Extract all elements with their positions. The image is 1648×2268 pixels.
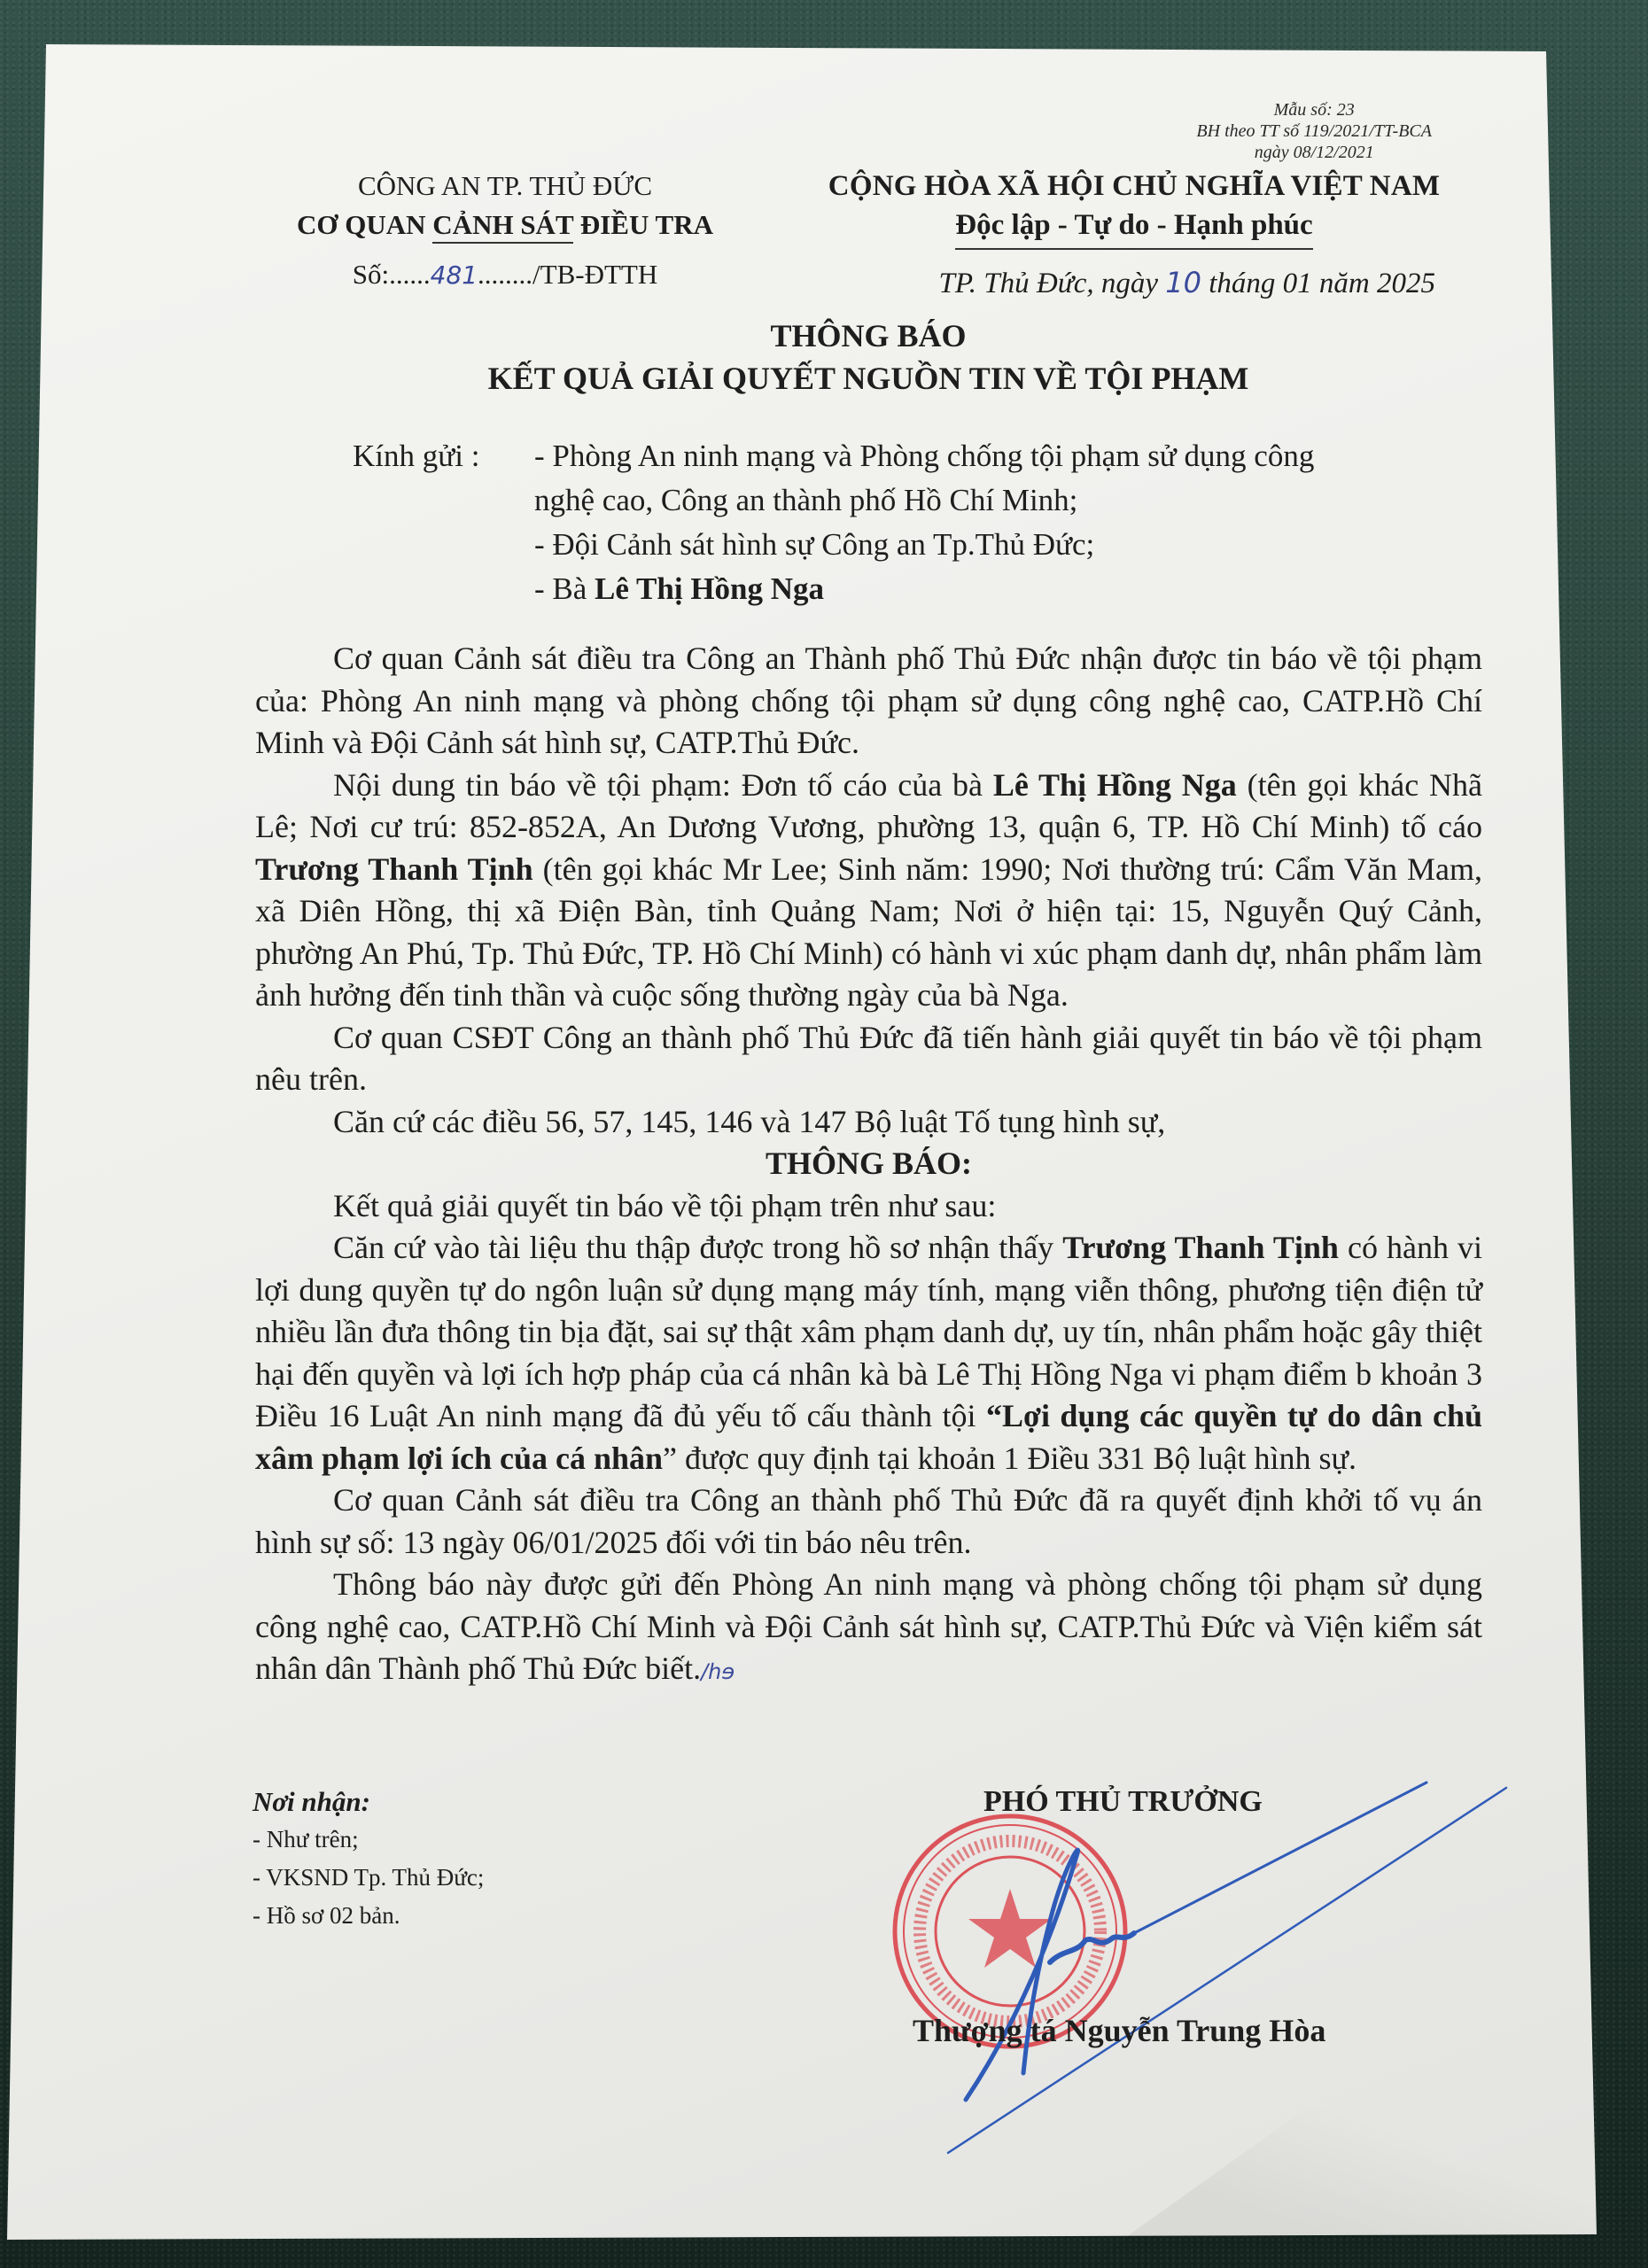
paragraph-report-content: Nội dung tin báo về tội phạm: Đơn tố cáo… [255,765,1482,1017]
issuer-line-2: CƠ QUAN CẢNH SÁT ĐIỀU TRA [248,206,762,245]
accused-name: Trương Thanh Tịnh [1062,1230,1339,1265]
number-dots: ...... [389,259,431,290]
handwritten-initials: /ℎɘ [701,1659,735,1684]
recipient-item: - Phòng An ninh mạng và Phòng chống tội … [534,434,1456,478]
number-label: Số: [353,259,389,290]
paragraph-processing: Cơ quan CSĐT Công an thành phố Thủ Đức đ… [255,1017,1482,1101]
document-title: THÔNG BÁO KẾT QUẢ GIẢI QUYẾT NGUỒN TIN V… [337,315,1400,400]
national-title: CỘNG HÒA XÃ HỘI CHỦ NGHĨA VIỆT NAM [797,167,1471,206]
recipient-item: - Đội Cảnh sát hình sự Công an Tp.Thủ Đứ… [534,523,1456,567]
paragraph-distribution: Thông báo này được gửi đến Phòng An ninh… [255,1564,1482,1694]
document-body: Cơ quan Cảnh sát điều tra Công an Thành … [255,638,1482,1694]
issuer-header: CÔNG AN TP. THỦ ĐỨC CƠ QUAN CẢNH SÁT ĐIỀ… [248,167,762,302]
form-number: Mẫu số: 23 [1196,99,1432,120]
text: ” được quy định tại khoản 1 Điều 331 Bộ … [663,1441,1356,1476]
accused-name: Trương Thanh Tịnh [255,851,533,887]
title-line-1: THÔNG BÁO [337,315,1400,357]
document-date: TP. Thủ Đức, ngày 10 tháng 01 năm 2025 [797,266,1471,300]
text: Thông báo này được gửi đến Phòng An ninh… [255,1566,1482,1686]
distribution-item: - Như trên; [253,1821,484,1859]
paragraph-legal-basis: Căn cứ các điều 56, 57, 145, 146 và 147 … [255,1101,1482,1144]
recipient-name: Lê Thị Hồng Nga [595,571,824,606]
number-suffix: /TB-ĐTTH [532,259,657,290]
text: Căn cứ vào tài liệu thu thập được trong … [333,1230,1062,1265]
date-day-handwritten: 10 [1165,266,1201,299]
date-prefix: TP. Thủ Đức, ngày [939,268,1166,299]
title-line-2: KẾT QUẢ GIẢI QUYẾT NGUỒN TIN VỀ TỘI PHẠM [337,357,1400,400]
issuer-line-2-prefix: CƠ QUAN [297,209,432,240]
form-date: ngày 08/12/2021 [1196,142,1432,163]
recipients-block: Kính gửi : - Phòng An ninh mạng và Phòng… [353,434,1460,620]
recipient-prefix: - Bà [534,571,595,606]
distribution-item: - VKSND Tp. Thủ Đức; [253,1859,484,1897]
text: Nội dung tin báo về tội phạm: Đơn tố cáo… [333,767,993,803]
issuer-line-2-suffix: ĐIỀU TRA [573,209,713,240]
paragraph-result-intro: Kết quả giải quyết tin báo về tội phạm t… [255,1185,1482,1228]
issuer-line-1: CÔNG AN TP. THỦ ĐỨC [248,167,762,206]
form-reference: Mẫu số: 23 BH theo TT số 119/2021/TT-BCA… [1196,99,1432,163]
paragraph-findings: Căn cứ vào tài liệu thu thập được trong … [255,1227,1482,1480]
document-number: Số:......481......../TB-ĐTTH [248,248,762,302]
signer-title: PHÓ THỦ TRƯỞNG [983,1785,1263,1819]
issuer-line-2-underlined: CẢNH SÁT [432,209,573,244]
number-dots: ........ [478,259,532,290]
number-handwritten: 481 [431,260,478,290]
distribution-heading: Nơi nhận: [253,1783,484,1821]
national-header: CỘNG HÒA XÃ HỘI CHỦ NGHĨA VIỆT NAM Độc l… [797,167,1471,300]
form-circular: BH theo TT số 119/2021/TT-BCA [1196,120,1432,142]
paragraph-receipt: Cơ quan Cảnh sát điều tra Công an Thành … [255,638,1482,765]
national-motto: Độc lập - Tự do - Hạnh phúc [955,206,1312,250]
recipients-list: - Phòng An ninh mạng và Phòng chống tội … [534,434,1456,611]
recipient-item: nghệ cao, Công an thành phố Hồ Chí Minh; [534,478,1456,523]
recipients-label: Kính gửi : [353,434,479,478]
date-suffix: tháng 01 năm 2025 [1201,268,1435,299]
complainant-name: Lê Thị Hồng Nga [993,767,1237,803]
recipient-item: - Bà Lê Thị Hồng Nga [534,567,1456,611]
distribution-list: Nơi nhận: - Như trên; - VKSND Tp. Thủ Đứ… [253,1783,484,1935]
distribution-item: - Hồ sơ 02 bản. [253,1897,484,1935]
paragraph-prosecution: Cơ quan Cảnh sát điều tra Công an thành … [255,1480,1482,1564]
notice-heading: THÔNG BÁO: [255,1143,1482,1185]
signer-name: Thượng tá Nguyễn Trung Hòa [913,2012,1325,2049]
